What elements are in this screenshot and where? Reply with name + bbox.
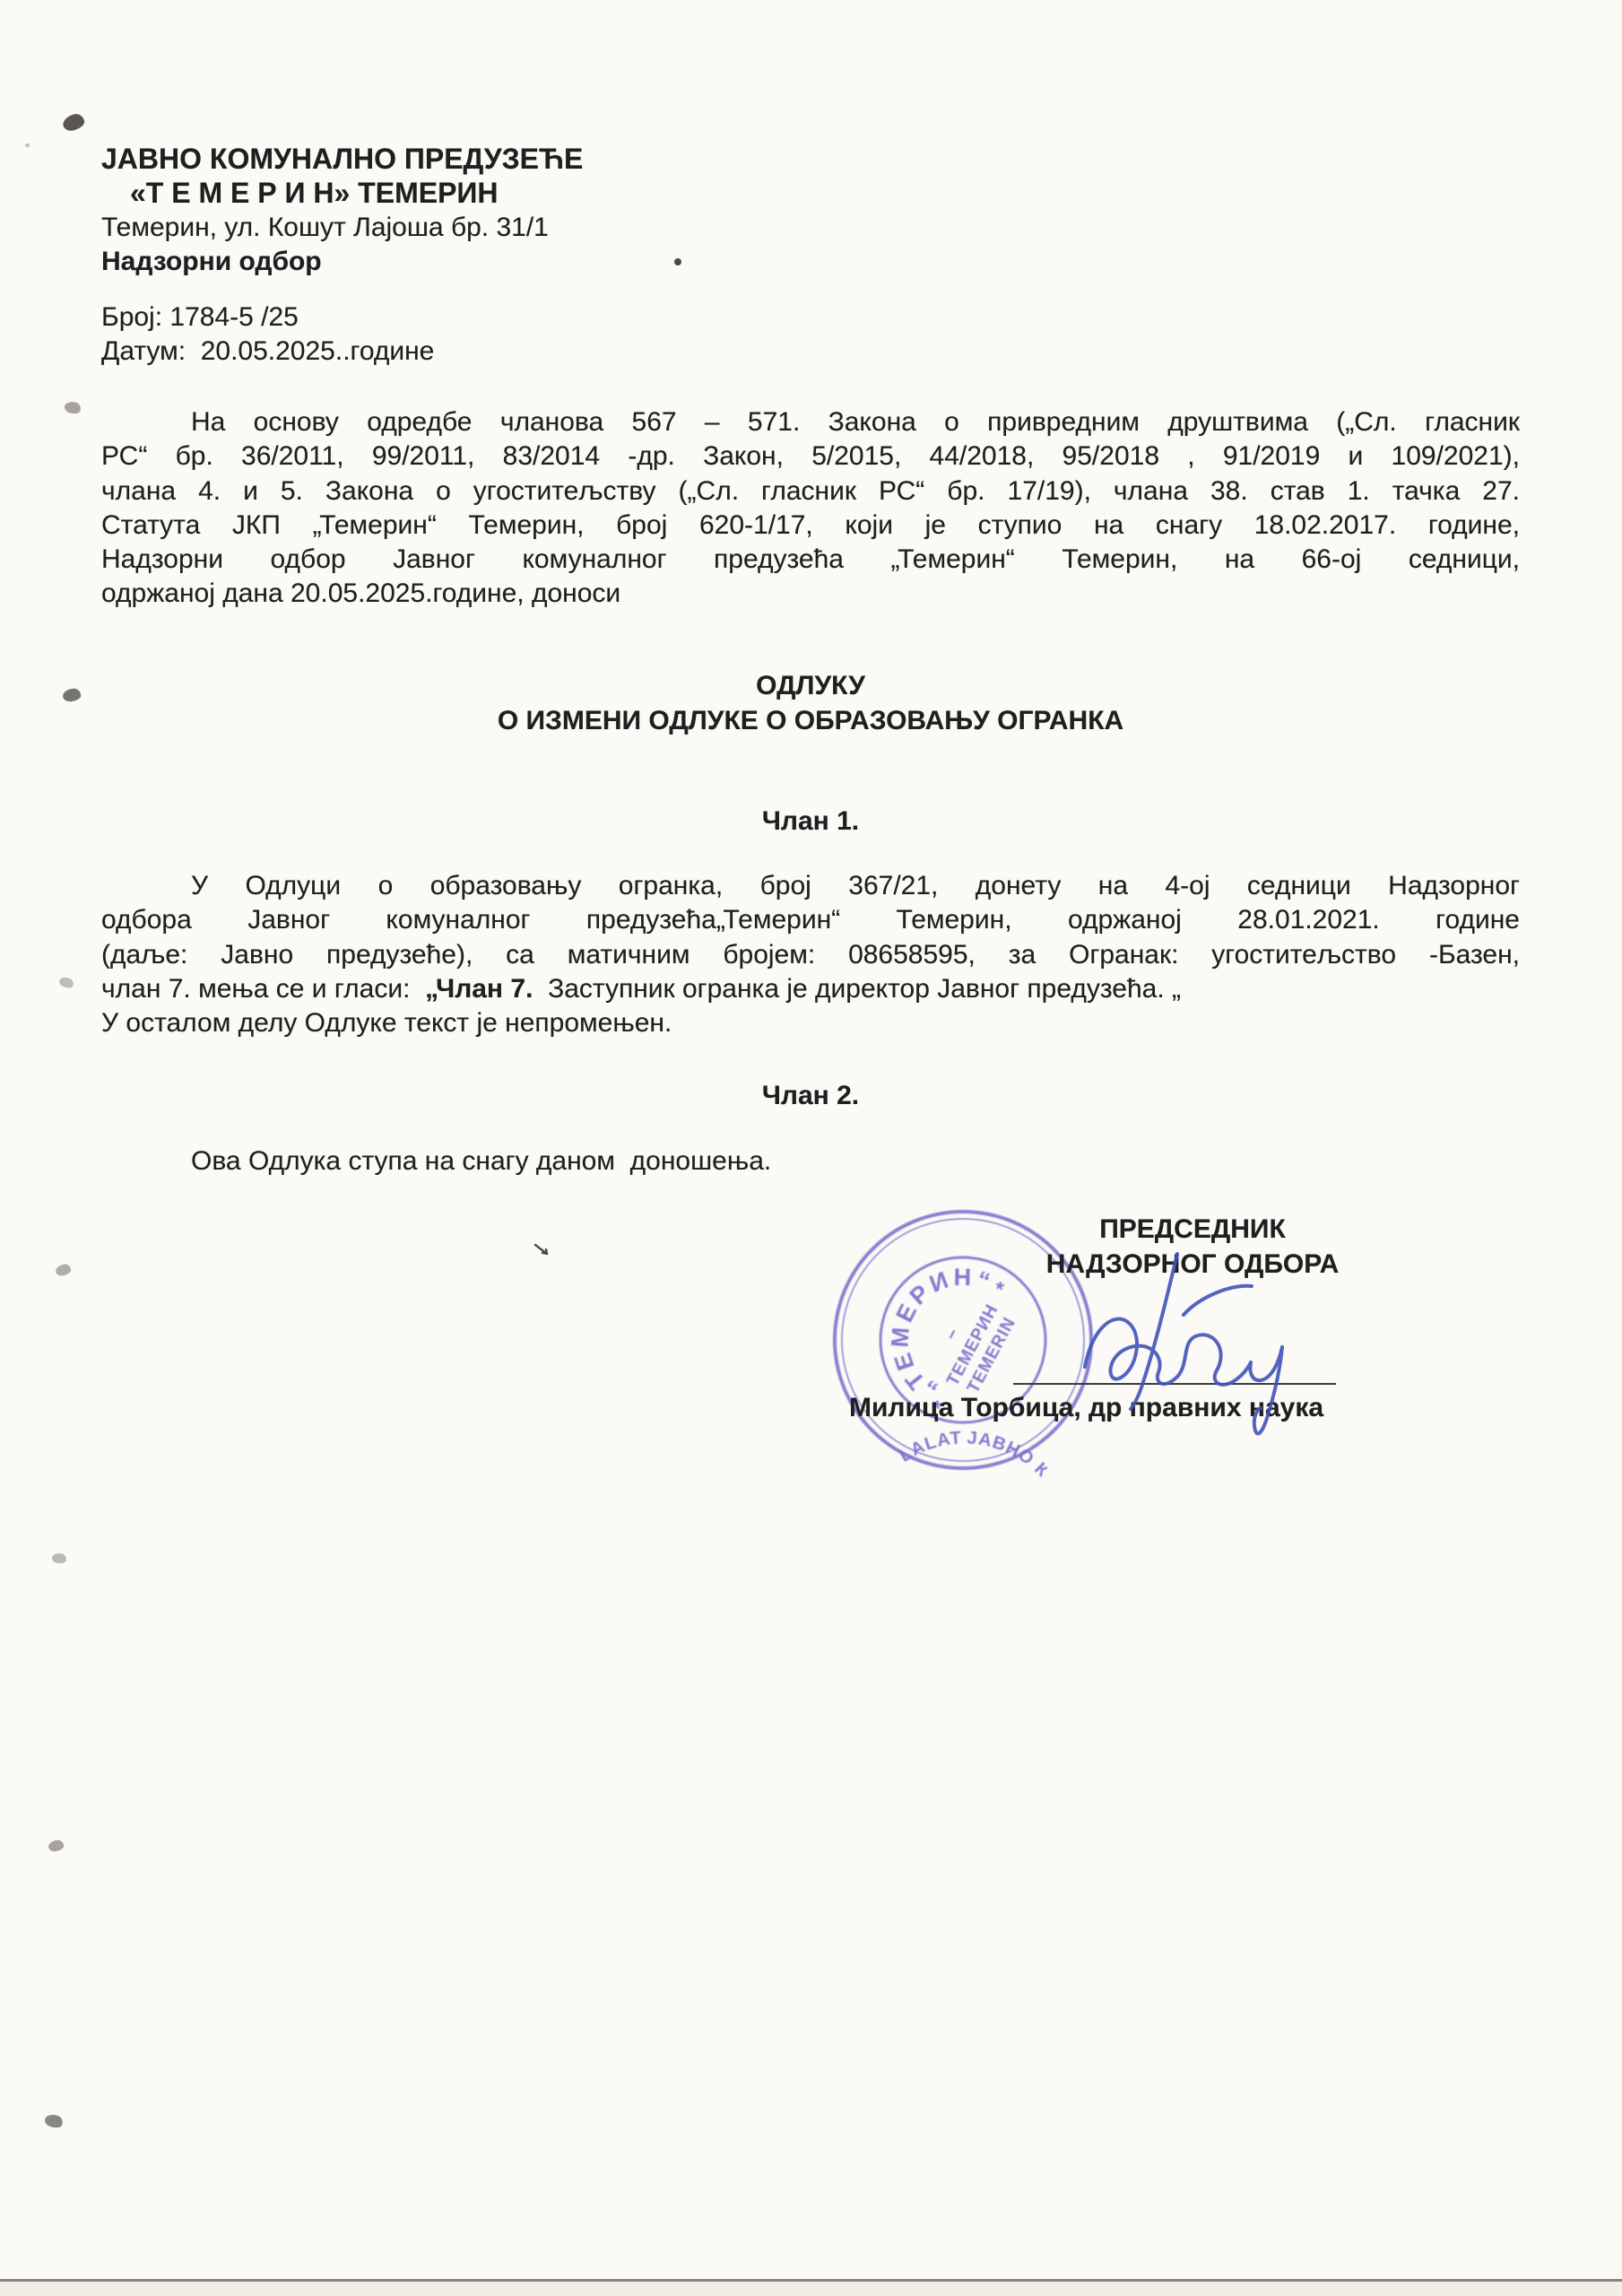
scanned-document-page: ЈАВНО КОМУНАЛНО ПРЕДУЗЕЋЕ «Т Е М Е Р И Н… (0, 0, 1622, 2296)
amend-text-pre: члан 7. мења се и гласи: (101, 974, 425, 1004)
amend-clause-bold: „Члан 7. (425, 974, 533, 1004)
scan-smudge (62, 688, 82, 703)
article2-heading: Члан 2. (101, 1079, 1520, 1113)
paper-bottom-strip (0, 2282, 1622, 2296)
stamp-center-dash: – (941, 1325, 963, 1343)
document-meta: Број: 1784-5 /25 Датум: 20.05.2025..годи… (101, 300, 434, 370)
company-name-line: ЈАВНО КОМУНАЛНО ПРЕДУЗЕЋЕ (101, 142, 583, 176)
scan-smudge (58, 976, 75, 990)
intro-line: одржаној дана 20.05.2025.године, доноси (101, 577, 1520, 611)
decision-title-line1: ОДЛУКУ (101, 668, 1520, 703)
company-header: ЈАВНО КОМУНАЛНО ПРЕДУЗЕЋЕ «Т Е М Е Р И Н… (101, 142, 583, 279)
decision-title-line2: О ИЗМЕНИ ОДЛУКЕ О ОБРАЗОВАЊУ ОГРАНКА (101, 703, 1520, 738)
scan-smudge (48, 1839, 65, 1853)
article1-line: У Одлуци о образовању огранка, број 367/… (101, 869, 1520, 903)
scan-smudge (61, 112, 86, 134)
scan-smudge (55, 1263, 72, 1277)
document-date: Датум: 20.05.2025..године (101, 335, 434, 369)
company-address-line: Темерин, ул. Кошут Лајоша бр. 31/1 (101, 211, 583, 245)
article1-closing-line: У осталом делу Одлуке текст је непромење… (101, 1006, 1520, 1040)
scan-speck (25, 143, 30, 147)
intro-line: Надзорни одбор Јавног комуналног предузе… (101, 543, 1520, 577)
scan-smudge (51, 1552, 66, 1564)
decision-title: ОДЛУКУ О ИЗМЕНИ ОДЛУКЕ О ОБРАЗОВАЊУ ОГРА… (101, 668, 1520, 738)
article1-line: (даље: Јавно предузеће), са матичним бро… (101, 938, 1520, 972)
amend-text-post: Заступник огранка је директор Јавног пре… (533, 974, 1181, 1004)
intro-line: Статута ЈКП „Темерин“ Темерин, број 620-… (101, 509, 1520, 543)
article1-paragraph: У Одлуци о образовању огранка, број 367/… (101, 869, 1520, 1040)
company-brand-line: «Т Е М Е Р И Н» ТЕМЕРИН (101, 176, 583, 210)
article1-heading: Члан 1. (101, 804, 1520, 839)
intro-paragraph: На основу одредбе чланова 567 – 571. Зак… (101, 405, 1520, 612)
article1-line-amended: члан 7. мења се и гласи: „Члан 7. Заступ… (101, 972, 1520, 1006)
scan-smudge (64, 400, 82, 414)
ink-dot-artifact (674, 258, 681, 265)
pen-tick-artifact (533, 1243, 552, 1259)
intro-line: РС“ бр. 36/2011, 99/2011, 83/2014 -др. З… (101, 439, 1520, 474)
scan-smudge (44, 2113, 65, 2130)
article2-text: Ова Одлука ступа на снагу даном доношења… (101, 1144, 1520, 1178)
document-number: Број: 1784-5 /25 (101, 300, 434, 335)
intro-line: члана 4. и 5. Закона о угоститељству („С… (101, 474, 1520, 509)
article1-line: одбора Јавног комуналног предузећа„Темер… (101, 903, 1520, 937)
intro-line: На основу одредбе чланова 567 – 571. Зак… (101, 405, 1520, 439)
handwritten-signature (1022, 1238, 1331, 1453)
department-line: Надзорни одбор (101, 245, 583, 279)
